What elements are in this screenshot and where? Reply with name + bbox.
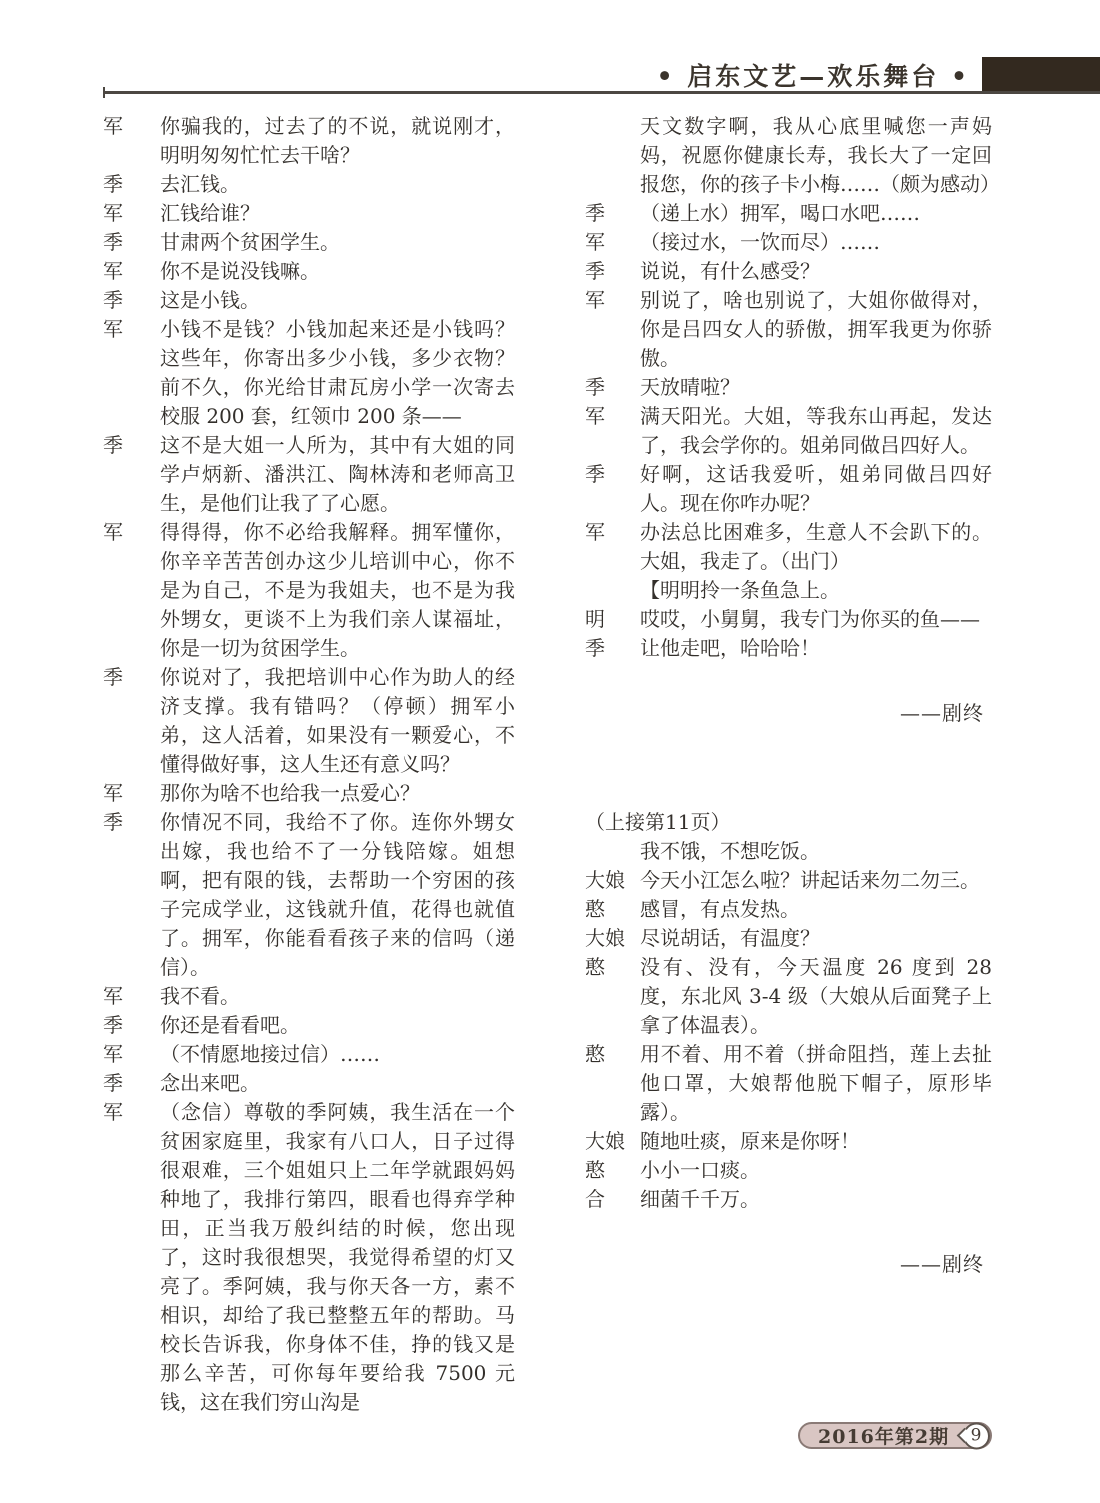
dialogue-text: （念信）尊敬的季阿姨，我生活在一个贫困家庭里，我家有八口人，日子过得很艰难，三个… xyxy=(160,1098,515,1417)
dialogue-line: 季念出来吧。 xyxy=(103,1069,515,1098)
speaker-label: 季 xyxy=(103,170,160,199)
dialogue-text: 我不饿，不想吃饭。 xyxy=(640,837,992,866)
dialogue-line: 军你不是说没钱嘛。 xyxy=(103,257,515,286)
dialogue-text: 让他走吧，哈哈哈！ xyxy=(640,634,992,663)
speaker-label: 军 xyxy=(103,112,160,170)
speaker-label: 明 xyxy=(585,605,640,634)
dialogue-text: 感冒，有点发热。 xyxy=(640,895,992,924)
dialogue-line: 天文数字啊，我从心底里喊您一声妈妈，祝愿你健康长寿，我长大了一定回报您，你的孩子… xyxy=(585,112,992,199)
dialogue-text: 这是小钱。 xyxy=(160,286,515,315)
dialogue-line: 军我不看。 xyxy=(103,982,515,1011)
speaker-label: 大娘 xyxy=(585,1127,640,1156)
dialogue-line: 合细菌千千万。 xyxy=(585,1185,992,1214)
speaker-label: 大娘 xyxy=(585,924,640,953)
speaker-label: 季 xyxy=(103,286,160,315)
dialogue-line: 军那你为啥不也给我一点爱心？ xyxy=(103,779,515,808)
speaker-label: 军 xyxy=(103,1098,160,1417)
dialogue-text: 哎哎，小舅舅，我专门为你买的鱼—— xyxy=(640,605,992,634)
dialogue-line: 季让他走吧，哈哈哈！ xyxy=(585,634,992,663)
speaker-label: 季 xyxy=(103,431,160,518)
speaker-label: 憨 xyxy=(585,1156,640,1185)
header-corner-block xyxy=(982,57,1100,91)
dialogue-text: 天文数字啊，我从心底里喊您一声妈妈，祝愿你健康长寿，我长大了一定回报您，你的孩子… xyxy=(640,112,992,199)
speaker-label: 军 xyxy=(103,779,160,808)
dialogue-line: 季你还是看看吧。 xyxy=(103,1011,515,1040)
dialogue-text: 那你为啥不也给我一点爱心？ xyxy=(160,779,515,808)
right-column: 天文数字啊，我从心底里喊您一声妈妈，祝愿你健康长寿，我长大了一定回报您，你的孩子… xyxy=(585,112,992,1279)
dialogue-line: 军汇钱给谁？ xyxy=(103,199,515,228)
rule-left-tick xyxy=(103,87,105,98)
dialogue-text: 说说，有什么感受？ xyxy=(640,257,992,286)
dialogue-line: 大娘尽说胡话，有温度？ xyxy=(585,924,992,953)
dialogue-line: 憨感冒，有点发热。 xyxy=(585,895,992,924)
speaker-label: 季 xyxy=(103,663,160,779)
dialogue-text: 满天阳光。大姐，等我东山再起，发达了，我会学你的。姐弟同做吕四好人。 xyxy=(640,402,992,460)
footer-pagination: 2016年第2期 9 xyxy=(798,1422,992,1449)
dialogue-line: 季去汇钱。 xyxy=(103,170,515,199)
dialogue-line: 季天放晴啦？ xyxy=(585,373,992,402)
dialogue-line: 【明明拎一条鱼急上。 xyxy=(585,576,992,605)
speaker-label: 合 xyxy=(585,1185,640,1214)
dialogue-line: 军（接过水，一饮而尽）…… xyxy=(585,228,992,257)
dialogue-text: （递上水）拥军，喝口水吧…… xyxy=(640,199,992,228)
script1-end-mark: ——剧终 xyxy=(585,699,992,728)
dialogue-line: 季这不是大姐一人所为，其中有大姐的同学卢炳新、潘洪江、陶林涛和老师高卫生，是他们… xyxy=(103,431,515,518)
speaker-label: 季 xyxy=(585,199,640,228)
dialogue-text: 尽说胡话，有温度？ xyxy=(640,924,992,953)
speaker-label: 季 xyxy=(103,228,160,257)
dialogue-line: 我不饿，不想吃饭。 xyxy=(585,837,992,866)
dialogue-line: 季（递上水）拥军，喝口水吧…… xyxy=(585,199,992,228)
speaker-label xyxy=(585,576,640,605)
dialogue-line: 季说说，有什么感受？ xyxy=(585,257,992,286)
dialogue-line: 季这是小钱。 xyxy=(103,286,515,315)
speaker-label xyxy=(585,837,640,866)
dialogue-line: 军办法总比困难多，生意人不会趴下的。大姐，我走了。（出门） xyxy=(585,518,992,576)
dialogue-text: 汇钱给谁？ xyxy=(160,199,515,228)
dialogue-text: 用不着、用不着（拼命阻挡，莲上去扯他口罩，大娘帮他脱下帽子，原形毕露）。 xyxy=(640,1040,992,1127)
speaker-label: 军 xyxy=(103,257,160,286)
dialogue-line: 季你情况不同，我给不了你。连你外甥女出嫁，我也给不了一分钱陪嫁。姐想啊，把有限的… xyxy=(103,808,515,982)
dialogue-text: 随地吐痰，原来是你呀！ xyxy=(640,1127,992,1156)
speaker-label: 憨 xyxy=(585,895,640,924)
speaker-label: 季 xyxy=(585,460,640,518)
speaker-label: 季 xyxy=(585,373,640,402)
speaker-label: 军 xyxy=(585,228,640,257)
header-rule xyxy=(103,91,1100,94)
speaker-label: 大娘 xyxy=(585,866,640,895)
dialogue-text: 你不是说没钱嘛。 xyxy=(160,257,515,286)
dialogue-text: 你骗我的，过去了的不说，就说刚才，明明匆匆忙忙去干啥？ xyxy=(160,112,515,170)
dialogue-line: 憨没有、没有，今天温度 26 度到 28 度，东北风 3-4 级（大娘从后面凳子… xyxy=(585,953,992,1040)
page-number-badge: 9 xyxy=(963,1422,990,1449)
dialogue-text: 今天小江怎么啦？讲起话来勿二勿三。 xyxy=(640,866,992,895)
speaker-label: 季 xyxy=(585,634,640,663)
dialogue-text: 这不是大姐一人所为，其中有大姐的同学卢炳新、潘洪江、陶林涛和老师高卫生，是他们让… xyxy=(160,431,515,518)
dialogue-text: 你说对了，我把培训中心作为助人的经济支撑。我有错吗？（停顿）拥军小弟，这人活着，… xyxy=(160,663,515,779)
script1-dialogue: 天文数字啊，我从心底里喊您一声妈妈，祝愿你健康长寿，我长大了一定回报您，你的孩子… xyxy=(585,112,992,663)
dialogue-text: 你还是看看吧。 xyxy=(160,1011,515,1040)
dialogue-line: 季好啊，这话我爱听，姐弟同做吕四好人。现在你咋办呢？ xyxy=(585,460,992,518)
speaker-label: 军 xyxy=(103,315,160,431)
script2-dialogue: 我不饿，不想吃饭。大娘今天小江怎么啦？讲起话来勿二勿三。憨感冒，有点发热。大娘尽… xyxy=(585,837,992,1214)
script2-continued-from-note: （上接第11页） xyxy=(585,808,992,837)
dialogue-line: 军小钱不是钱？小钱加起来还是小钱吗？这些年，你寄出多少小钱，多少衣物？前不久，你… xyxy=(103,315,515,431)
dialogue-line: 明哎哎，小舅舅，我专门为你买的鱼—— xyxy=(585,605,992,634)
section-title: • 启东文艺—欢乐舞台 • xyxy=(657,57,970,93)
dialogue-line: 季甘肃两个贫困学生。 xyxy=(103,228,515,257)
dialogue-text: （不情愿地接过信）…… xyxy=(160,1040,515,1069)
speaker-label: 季 xyxy=(103,808,160,982)
dialogue-text: 细菌千千万。 xyxy=(640,1185,992,1214)
dialogue-line: 大娘随地吐痰，原来是你呀！ xyxy=(585,1127,992,1156)
speaker-label: 军 xyxy=(585,402,640,460)
speaker-label: 季 xyxy=(585,257,640,286)
dialogue-text: 去汇钱。 xyxy=(160,170,515,199)
speaker-label: 季 xyxy=(103,1011,160,1040)
dialogue-text: 别说了，啥也别说了，大姐你做得对，你是吕四女人的骄傲，拥军我更为你骄傲。 xyxy=(640,286,992,373)
left-column-dialogue: 军你骗我的，过去了的不说，就说刚才，明明匆匆忙忙去干啥？季去汇钱。军汇钱给谁？季… xyxy=(103,112,515,1417)
script2-section: （上接第11页） 我不饿，不想吃饭。大娘今天小江怎么啦？讲起话来勿二勿三。憨感冒… xyxy=(585,808,992,1279)
speaker-label: 军 xyxy=(103,199,160,228)
dialogue-line: 憨用不着、用不着（拼命阻挡，莲上去扯他口罩，大娘帮他脱下帽子，原形毕露）。 xyxy=(585,1040,992,1127)
speaker-label: 军 xyxy=(103,518,160,663)
magazine-page: • 启东文艺—欢乐舞台 • 军你骗我的，过去了的不说，就说刚才，明明匆匆忙忙去干… xyxy=(0,0,1100,1503)
dialogue-text: 没有、没有，今天温度 26 度到 28 度，东北风 3-4 级（大娘从后面凳子上… xyxy=(640,953,992,1040)
dialogue-text: 念出来吧。 xyxy=(160,1069,515,1098)
dialogue-line: 军（不情愿地接过信）…… xyxy=(103,1040,515,1069)
dialogue-line: 军得得得，你不必给我解释。拥军懂你，你辛辛苦苦创办这少儿培训中心，你不是为自己，… xyxy=(103,518,515,663)
dialogue-text: 好啊，这话我爱听，姐弟同做吕四好人。现在你咋办呢？ xyxy=(640,460,992,518)
dialogue-line: 军你骗我的，过去了的不说，就说刚才，明明匆匆忙忙去干啥？ xyxy=(103,112,515,170)
dialogue-text: 【明明拎一条鱼急上。 xyxy=(640,576,992,605)
issue-label: 2016年第2期 xyxy=(818,1422,949,1449)
script2-end-mark: ——剧终 xyxy=(585,1250,992,1279)
dialogue-line: 憨小小一口痰。 xyxy=(585,1156,992,1185)
dialogue-text: 我不看。 xyxy=(160,982,515,1011)
speaker-label: 军 xyxy=(585,518,640,576)
speaker-label: 憨 xyxy=(585,953,640,1040)
speaker-label: 憨 xyxy=(585,1040,640,1127)
dialogue-text: 甘肃两个贫困学生。 xyxy=(160,228,515,257)
speaker-label: 军 xyxy=(585,286,640,373)
speaker-label: 军 xyxy=(103,982,160,1011)
dialogue-text: 小钱不是钱？小钱加起来还是小钱吗？这些年，你寄出多少小钱，多少衣物？前不久，你光… xyxy=(160,315,515,431)
dialogue-text: 得得得，你不必给我解释。拥军懂你，你辛辛苦苦创办这少儿培训中心，你不是为自己，不… xyxy=(160,518,515,663)
speaker-label: 季 xyxy=(103,1069,160,1098)
dialogue-line: 军满天阳光。大姐，等我东山再起，发达了，我会学你的。姐弟同做吕四好人。 xyxy=(585,402,992,460)
page-number: 9 xyxy=(971,1426,983,1446)
dialogue-text: 办法总比困难多，生意人不会趴下的。大姐，我走了。（出门） xyxy=(640,518,992,576)
dialogue-text: （接过水，一饮而尽）…… xyxy=(640,228,992,257)
dialogue-text: 天放晴啦？ xyxy=(640,373,992,402)
dialogue-line: 季你说对了，我把培训中心作为助人的经济支撑。我有错吗？（停顿）拥军小弟，这人活着… xyxy=(103,663,515,779)
dialogue-line: 大娘今天小江怎么啦？讲起话来勿二勿三。 xyxy=(585,866,992,895)
speaker-label xyxy=(585,112,640,199)
speaker-label: 军 xyxy=(103,1040,160,1069)
dialogue-line: 军别说了，啥也别说了，大姐你做得对，你是吕四女人的骄傲，拥军我更为你骄傲。 xyxy=(585,286,992,373)
dialogue-text: 你情况不同，我给不了你。连你外甥女出嫁，我也给不了一分钱陪嫁。姐想啊，把有限的钱… xyxy=(160,808,515,982)
dialogue-line: 军（念信）尊敬的季阿姨，我生活在一个贫困家庭里，我家有八口人，日子过得很艰难，三… xyxy=(103,1098,515,1417)
dialogue-text: 小小一口痰。 xyxy=(640,1156,992,1185)
